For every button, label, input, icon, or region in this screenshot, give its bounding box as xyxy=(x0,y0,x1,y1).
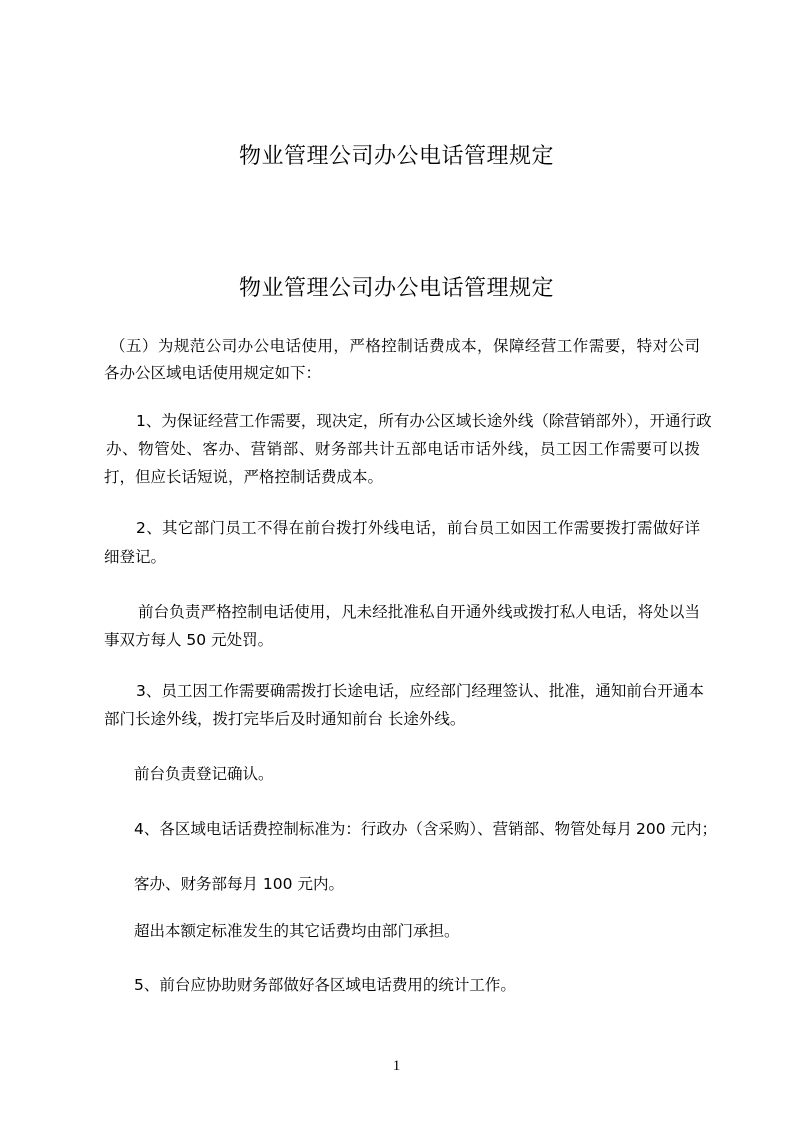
item3-line-1: 3、员工因工作需要确需拨打长途电话，应经部门经理签认、批准，通知前台开通本 xyxy=(136,680,700,702)
item2-note-line-1: 前台负责严格控制电话使用，凡未经批准私自开通外线或拨打私人电话，将处以当 xyxy=(138,601,700,623)
document-title: 物业管理公司办公电话管理规定 xyxy=(0,274,793,304)
item5: 5、前台应协助财务部做好各区域电话费用的统计工作。 xyxy=(134,974,516,996)
item1-line-3: 打，但应长话短说，严格控制话费成本。 xyxy=(104,466,383,488)
page-number: 1 xyxy=(0,1056,793,1076)
intro-line-1: （五）为规范公司办公电话使用，严格控制话费成本，保障经营工作需要，特对公司 xyxy=(110,335,700,357)
item4-note: 超出本额定标准发生的其它话费均由部门承担。 xyxy=(134,920,460,942)
item1-line-2: 办、物管处、客办、营销部、财务部共计五部电话市话外线，员工因工作需要可以拨 xyxy=(106,438,700,460)
intro-line-2: 各办公区域电话使用规定如下： xyxy=(104,362,321,384)
item2-line-2: 细登记。 xyxy=(104,546,166,568)
item1-line-1: 1、为保证经营工作需要，现决定，所有办公区域长途外线（除营销部外），开通行政 xyxy=(136,410,700,432)
item4-line-1-left: 4、各区域电话话费控制标准为：行政办（含采购）、营销部、物管处每月 xyxy=(134,818,632,840)
item2-line-1: 2、其它部门员工不得在前台拨打外线电话，前台员工如因工作需要拨打需做好详 xyxy=(136,517,700,539)
item4-line-1-right: 200 元内； xyxy=(636,818,717,840)
item3-note: 前台负责登记确认。 xyxy=(134,763,274,785)
item2-note-line-2: 事双方每人 50 元处罚。 xyxy=(104,629,273,651)
document-page: 物业管理公司办公电话管理规定 物业管理公司办公电话管理规定 （五）为规范公司办公… xyxy=(0,0,793,1122)
item3-line-2: 部门长途外线，拨打完毕后及时通知前台 长途外线。 xyxy=(104,708,465,730)
item4-line-2: 客办、财务部每月 100 元内。 xyxy=(134,873,344,895)
header-title: 物业管理公司办公电话管理规定 xyxy=(0,142,793,172)
